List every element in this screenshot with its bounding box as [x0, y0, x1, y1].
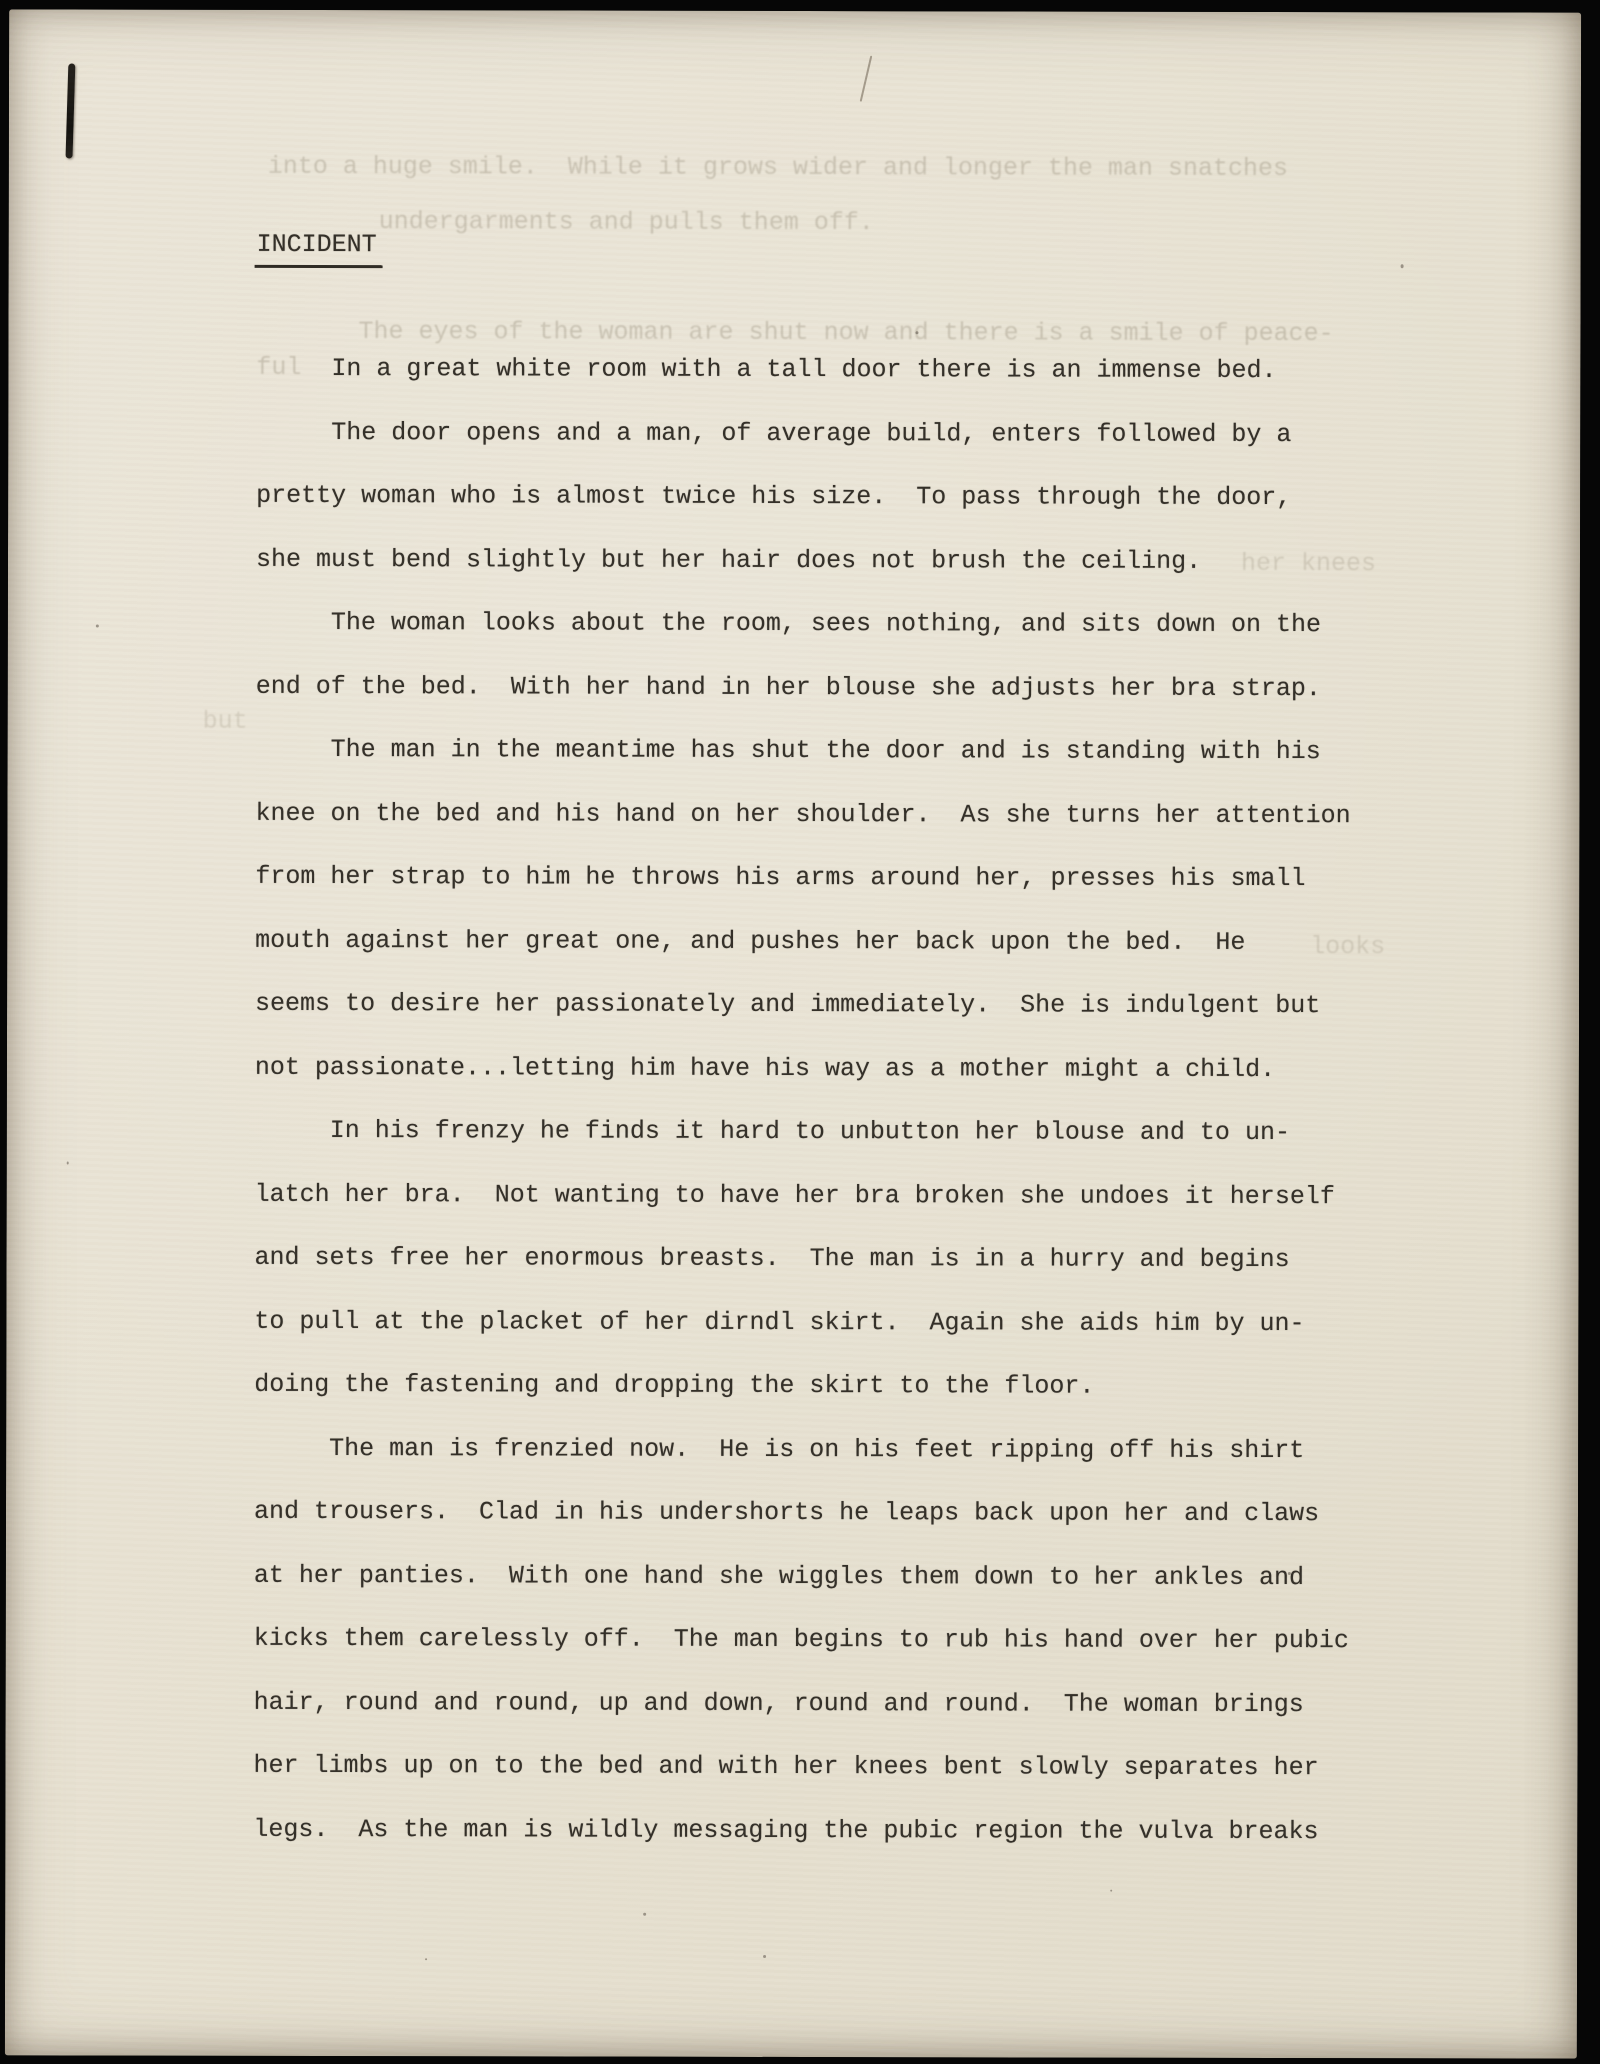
paragraph: In a great white room with a tall door t… — [256, 337, 1351, 403]
document-body: In a great white room with a tall door t… — [253, 337, 1351, 1863]
bleed-through-fragment: but — [203, 707, 248, 736]
scan-speck — [1288, 1572, 1291, 1575]
paragraph: In his frenzy he finds it hard to unbutt… — [254, 1099, 1350, 1419]
staple-mark — [66, 63, 76, 158]
scan-speck — [1110, 1890, 1112, 1892]
document-page: into a huge smile. While it grows wider … — [5, 9, 1581, 2058]
paragraph: The door opens and a man, of average bui… — [256, 400, 1352, 593]
bleed-through-line: into a huge smile. While it grows wider … — [268, 152, 1288, 183]
document-title: INCIDENT — [255, 230, 383, 268]
scan-speck — [643, 1913, 646, 1916]
bleed-through-line: undergarments and pulls them off. — [379, 207, 874, 237]
scan-background: into a huge smile. While it grows wider … — [0, 0, 1600, 2064]
scan-speck — [1401, 264, 1404, 268]
scan-speck — [763, 1955, 766, 1958]
title-block: INCIDENT — [257, 230, 383, 268]
paragraph: The man is frenzied now. He is on his fe… — [253, 1416, 1349, 1863]
paragraph: The man in the meantime has shut the doo… — [255, 718, 1351, 1101]
pen-slash-mark — [860, 56, 873, 102]
scan-speck — [96, 625, 99, 628]
paragraph: The woman looks about the room, sees not… — [256, 591, 1351, 720]
scan-speck — [67, 1161, 69, 1164]
scan-speck — [425, 1958, 427, 1960]
scan-speck — [915, 331, 918, 334]
